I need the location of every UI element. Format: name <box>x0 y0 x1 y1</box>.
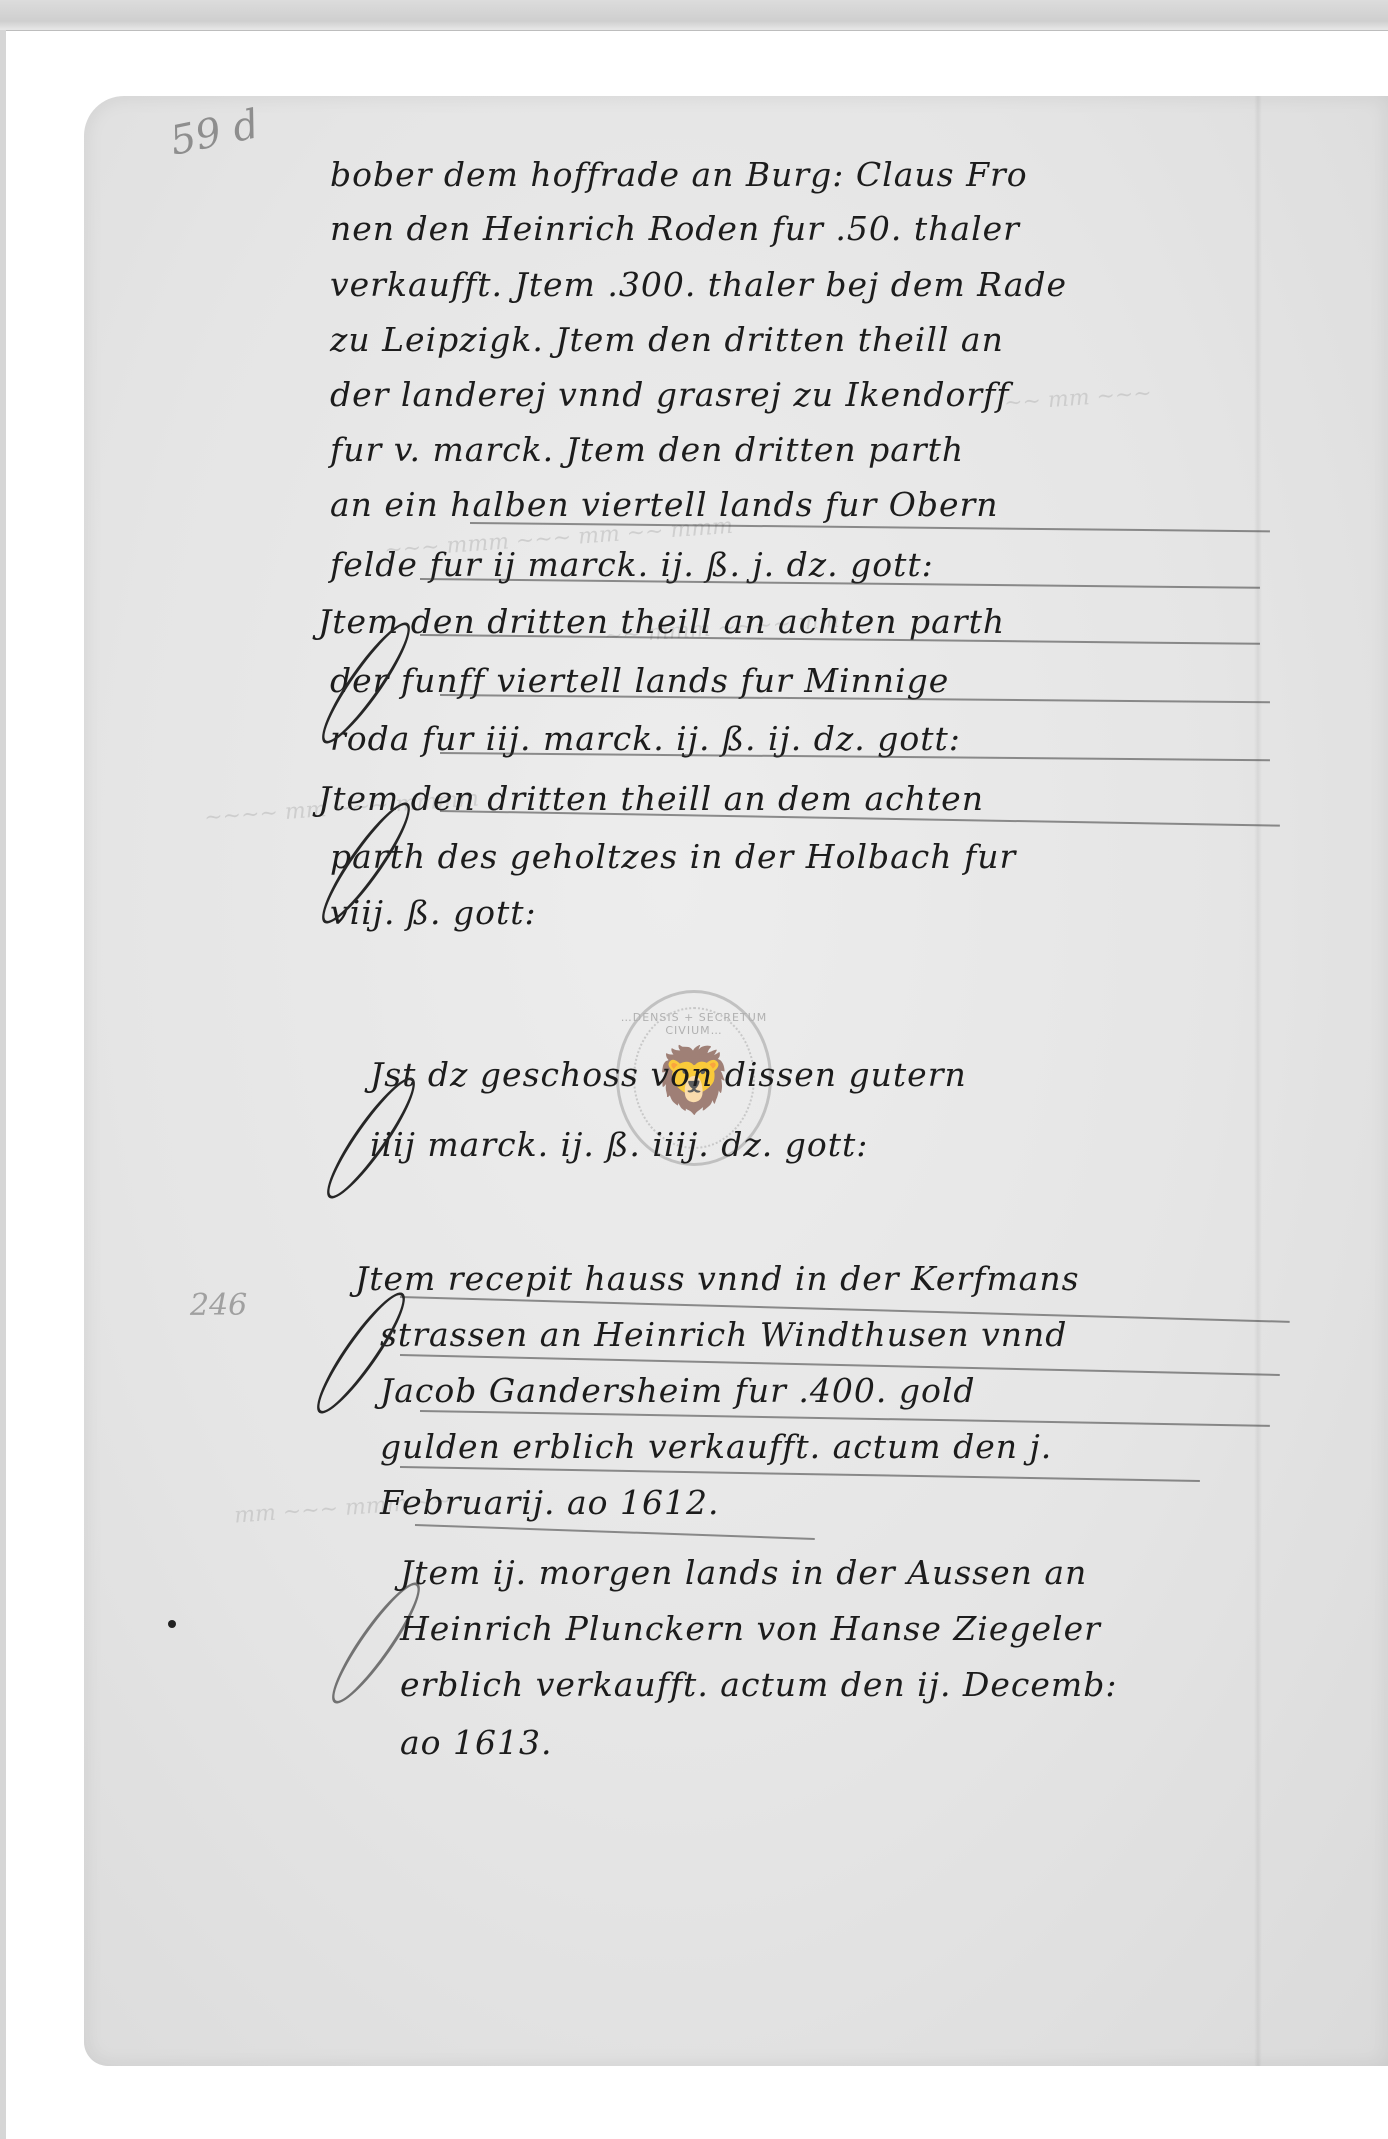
page-fold <box>1254 96 1262 2066</box>
bleed-through-text: ~~ mm ~~~ <box>1003 381 1152 416</box>
scanner-bed-edge <box>0 0 1388 31</box>
manuscript-line: Februarij. ao 1612. <box>380 1486 720 1519</box>
manuscript-line: parth des geholtzes in der Holbach fur <box>330 840 1016 873</box>
manuscript-line: Jst dz geschoss von dissen gutern <box>370 1058 967 1091</box>
scanner-bed-edge-left <box>0 30 6 2139</box>
manuscript-line: zu Leipzigk. Jtem den dritten theill an <box>330 323 1004 356</box>
manuscript-line: gulden erblich verkaufft. actum den j. <box>380 1430 1052 1463</box>
manuscript-line: verkaufft. Jtem .300. thaler bej dem Rad… <box>330 268 1067 301</box>
manuscript-line: der landerej vnnd grasrej zu Ikendorff <box>330 378 1010 411</box>
manuscript-line: der funff viertell lands fur Minnige <box>330 664 949 697</box>
seal-legend: …DENSIS + SECRETUM CIVIUM… <box>619 1011 769 1037</box>
manuscript-line: ao 1613. <box>400 1726 553 1759</box>
manuscript-line: nen den Heinrich Roden fur .50. thaler <box>330 212 1020 245</box>
manuscript-line: roda fur iij. marck. ij. ß. ij. dz. gott… <box>330 722 961 755</box>
manuscript-line: Jtem recepit hauss vnnd in der Kerfmans <box>355 1262 1080 1295</box>
manuscript-line: felde fur ij marck. ij. ß. j. dz. gott: <box>330 548 934 581</box>
manuscript-line: erblich verkaufft. actum den ij. Decemb: <box>400 1668 1117 1701</box>
manuscript-line: bober dem hoffrade an Burg: Claus Fro <box>330 158 1028 191</box>
manuscript-line: fur v. marck. Jtem den dritten parth <box>330 433 964 466</box>
manuscript-line: strassen an Heinrich Windthusen vnnd <box>380 1318 1067 1351</box>
ink-spot <box>168 1620 176 1628</box>
manuscript-line: viij. ß. gott: <box>330 896 537 929</box>
manuscript-line: Heinrich Plunckern von Hanse Ziegeler <box>400 1612 1101 1645</box>
margin-annotation: 246 <box>190 1288 247 1323</box>
manuscript-line: Jtem den dritten theill an dem achten <box>318 782 984 815</box>
manuscript-line: Jtem ij. morgen lands in der Aussen an <box>400 1556 1087 1589</box>
manuscript-line: Jacob Gandersheim fur .400. gold <box>380 1374 976 1407</box>
manuscript-line: iiij marck. ij. ß. iiij. dz. gott: <box>370 1128 868 1161</box>
manuscript-line: an ein halben viertell lands fur Obern <box>330 488 999 521</box>
